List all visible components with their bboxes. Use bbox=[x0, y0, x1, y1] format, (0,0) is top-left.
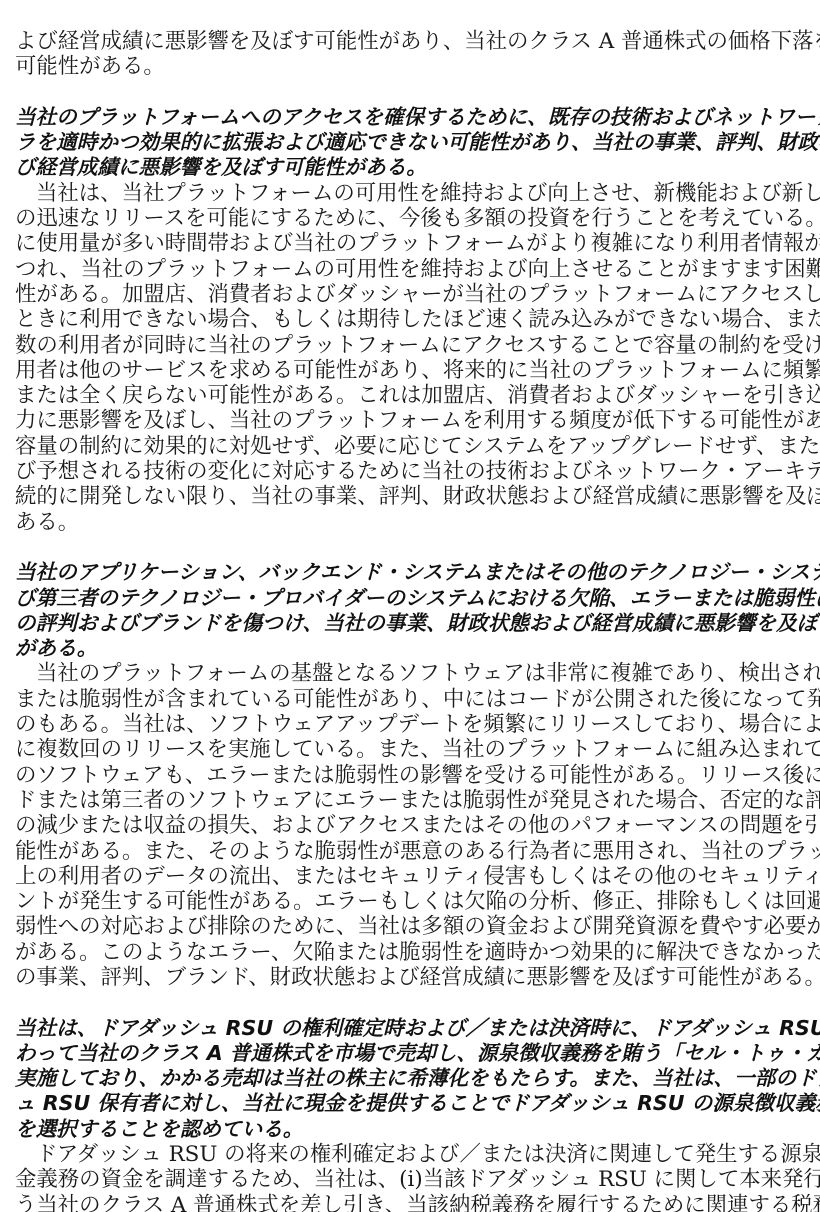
body-line: ドアダッシュ RSU の将来の権利確定および／または決済に関連して発生する源泉徴… bbox=[15, 1142, 765, 1167]
body-line: 弱性への対応および排除のために、当社は多額の資金および開発資源を費やす必要がある… bbox=[15, 914, 765, 939]
body-line: 可能性がある。 bbox=[15, 54, 765, 79]
body-line: 当社は、当社プラットフォームの可用性を維持および向上させ、新機能および新しいサー… bbox=[15, 181, 765, 206]
body-line: ある。 bbox=[15, 510, 765, 535]
body-line: 能性がある。また、そのような脆弱性が悪意のある行為者に悪用され、当社のプラットフ… bbox=[15, 839, 765, 864]
heading-line: 当社のプラットフォームへのアクセスを確保するために、既存の技術およびネットワーク… bbox=[15, 105, 765, 130]
paragraph-spacer bbox=[15, 990, 765, 1015]
section-3: 当社は、ドアダッシュ RSU の権利確定時および／または決済時に、ドアダッシュ … bbox=[15, 1016, 765, 1212]
body-line: 力に悪影響を及ぼし、当社のプラットフォームを利用する頻度が低下する可能性がある。… bbox=[15, 408, 765, 433]
heading-line: び第三者のテクノロジー・プロバイダーのシステムにおける欠陥、エラーまたは脆弱性は… bbox=[15, 586, 765, 611]
body-line: ントが発生する可能性がある。エラーもしくは欠陥の分析、修正、排除もしくは回避、ま… bbox=[15, 889, 765, 914]
risk-heading: 当社は、ドアダッシュ RSU の権利確定時および／または決済時に、ドアダッシュ … bbox=[15, 1016, 765, 1142]
body-line: または脆弱性が含まれている可能性があり、中にはコードが公開された後になって発見さ… bbox=[15, 687, 765, 712]
section-0: よび経営成績に悪影響を及ぼす可能性があり、当社のクラス A 普通株式の価格下落を… bbox=[15, 29, 765, 80]
body-line: つれ、当社のプラットフォームの可用性を維持および向上させることがますます困難にな… bbox=[15, 257, 765, 282]
body-line: び予想される技術の変化に対応するために当社の技術およびネットワーク・アーキテクチ… bbox=[15, 459, 765, 484]
body-line: 用者は他のサービスを求める可能性があり、将来的に当社のプラットフォームに頻繁に戻… bbox=[15, 358, 765, 383]
heading-line: を選択することを認めている。 bbox=[15, 1117, 765, 1142]
section-body: 当社は、当社プラットフォームの可用性を維持および向上させ、新機能および新しいサー… bbox=[15, 181, 765, 535]
body-line: ドまたは第三者のソフトウェアにエラーまたは脆弱性が発見された場合、否定的な評判、… bbox=[15, 788, 765, 813]
heading-line: の評判およびブランドを傷つけ、当社の事業、財政状態および経営成績に悪影響を及ぼす… bbox=[15, 611, 765, 636]
body-line: の迅速なリリースを可能にするために、今後も多額の投資を行うことを考えている。しか… bbox=[15, 206, 765, 231]
paragraph-spacer bbox=[15, 535, 765, 560]
document-page: よび経営成績に悪影響を及ぼす可能性があり、当社のクラス A 普通株式の価格下落を… bbox=[15, 29, 765, 1212]
body-line: よび経営成績に悪影響を及ぼす可能性があり、当社のクラス A 普通株式の価格下落を… bbox=[15, 29, 765, 54]
body-line: 続的に開発しない限り、当社の事業、評判、財政状態および経営成績に悪影響を及ぼす可… bbox=[15, 484, 765, 509]
body-line: のもある。当社は、ソフトウェアアップデートを頻繁にリリースしており、場合によって… bbox=[15, 712, 765, 737]
heading-line: ラを適時かつ効果的に拡張および適応できない可能性があり、当社の事業、評判、財政状… bbox=[15, 130, 765, 155]
body-line: のソフトウェアも、エラーまたは脆弱性の影響を受ける可能性がある。リリース後に当社… bbox=[15, 763, 765, 788]
body-line: 数の利用者が同時に当社のプラットフォームにアクセスすることで容量の制約を受ける場… bbox=[15, 333, 765, 358]
section-body: よび経営成績に悪影響を及ぼす可能性があり、当社のクラス A 普通株式の価格下落を… bbox=[15, 29, 765, 80]
section-body: ドアダッシュ RSU の将来の権利確定および／または決済に関連して発生する源泉徴… bbox=[15, 1142, 765, 1212]
body-line: または全く戻らない可能性がある。これは加盟店、消費者およびダッシャーを引き込む当… bbox=[15, 383, 765, 408]
body-line: 容量の制約に効果的に対処せず、必要に応じてシステムをアップグレードせず、また、実… bbox=[15, 434, 765, 459]
body-line: がある。このようなエラー、欠陥または脆弱性を適時かつ効果的に解決できなかった場合… bbox=[15, 940, 765, 965]
body-line: の事業、評判、ブランド、財政状態および経営成績に悪影響を及ぼす可能性がある。 bbox=[15, 965, 765, 990]
heading-line: ュ RSU 保有者に対し、当社に現金を提供することでドアダッシュ RSU の源泉… bbox=[15, 1091, 765, 1116]
heading-line: 当社のアプリケーション、バックエンド・システムまたはその他のテクノロジー・システ… bbox=[15, 560, 765, 585]
heading-line: わって当社のクラス A 普通株式を市場で売却し、源泉徴収義務を賄う「セル・トゥ・… bbox=[15, 1041, 765, 1066]
body-line: に複数回のリリースを実施している。また、当社のプラットフォームに組み込まれている… bbox=[15, 737, 765, 762]
heading-line: 当社は、ドアダッシュ RSU の権利確定時および／または決済時に、ドアダッシュ … bbox=[15, 1016, 765, 1041]
risk-heading: 当社のプラットフォームへのアクセスを確保するために、既存の技術およびネットワーク… bbox=[15, 105, 765, 181]
body-line: ときに利用できない場合、もしくは期待したほど速く読み込みができない場合、または圧… bbox=[15, 307, 765, 332]
section-2: 当社のアプリケーション、バックエンド・システムまたはその他のテクノロジー・システ… bbox=[15, 560, 765, 990]
body-line: 上の利用者のデータの流出、またはセキュリティ侵害もしくはその他のセキュリティ・イ… bbox=[15, 864, 765, 889]
section-body: 当社のプラットフォームの基盤となるソフトウェアは非常に複雑であり、検出されないエ… bbox=[15, 661, 765, 990]
body-line: の減少または収益の損失、およびアクセスまたはその他のパフォーマンスの問題を引き起… bbox=[15, 813, 765, 838]
heading-line: 実施しており、かかる売却は当社の株主に希薄化をもたらす。また、当社は、一部のドア… bbox=[15, 1066, 765, 1091]
risk-heading: 当社のアプリケーション、バックエンド・システムまたはその他のテクノロジー・システ… bbox=[15, 560, 765, 661]
heading-line: がある。 bbox=[15, 636, 765, 661]
section-1: 当社のプラットフォームへのアクセスを確保するために、既存の技術およびネットワーク… bbox=[15, 105, 765, 535]
body-line: う当社のクラス A 普通株式を差し引き、当該納税義務を履行するために関連する税務… bbox=[15, 1193, 765, 1212]
heading-line: び経営成績に悪影響を及ぼす可能性がある。 bbox=[15, 155, 765, 180]
body-line: 当社のプラットフォームの基盤となるソフトウェアは非常に複雑であり、検出されないエ… bbox=[15, 661, 765, 686]
body-line: 性がある。加盟店、消費者およびダッシャーが当社のプラットフォームにアクセスしよう… bbox=[15, 282, 765, 307]
paragraph-spacer bbox=[15, 80, 765, 105]
body-line: 金義務の資金を調達するため、当社は、(i)当該ドアダッシュ RSU に関して本来… bbox=[15, 1167, 765, 1192]
body-line: に使用量が多い時間帯および当社のプラットフォームがより複雑になり利用者情報が増加… bbox=[15, 231, 765, 256]
